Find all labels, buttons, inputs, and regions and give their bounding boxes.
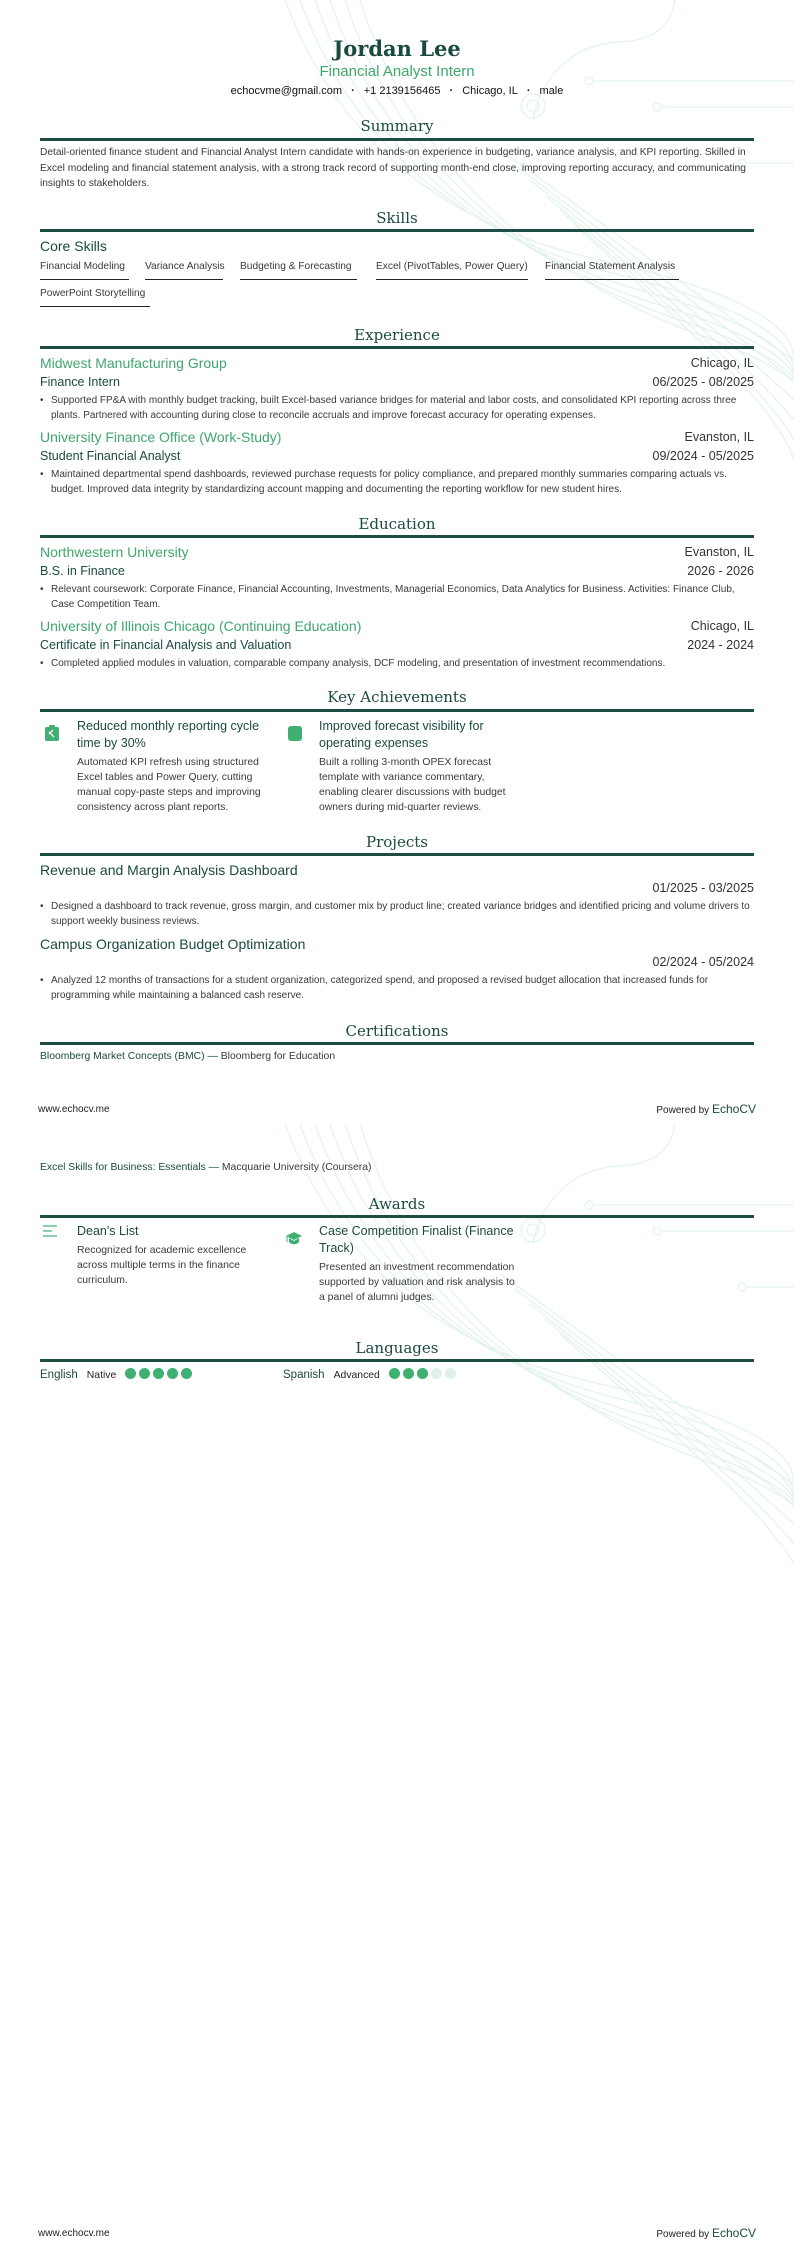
language-item: Spanish Advanced	[283, 1368, 459, 1382]
certification-item: Bloomberg Market Concepts (BMC) — Bloomb…	[40, 1051, 335, 1062]
clipboard-icon	[287, 724, 303, 742]
section-divider	[40, 535, 754, 538]
achievement-title: Improved forecast visibility for operati…	[319, 718, 519, 752]
contact-email[interactable]: echocvme@gmail.com	[231, 85, 342, 97]
brand-name: EchoCV	[712, 1102, 756, 1116]
experience-company: Midwest Manufacturing Group	[40, 355, 227, 371]
section-title-languages: Languages	[40, 1339, 754, 1357]
section-title-awards: Awards	[40, 1195, 754, 1213]
section-divider	[40, 1042, 754, 1045]
language-name: English	[40, 1369, 78, 1381]
certification-name: Bloomberg Market Concepts (BMC)	[40, 1051, 205, 1062]
separator-dot: ·	[527, 85, 531, 97]
separator: —	[209, 1162, 219, 1173]
contact-line: echocvme@gmail.com·+1 2139156465·Chicago…	[40, 85, 754, 97]
education-location: Chicago, IL	[691, 619, 754, 633]
education-school: Northwestern University	[40, 544, 189, 560]
skill-tag: Excel (PivotTables, Power Query)	[376, 261, 528, 280]
education-location: Evanston, IL	[685, 545, 755, 559]
contact-gender: male	[540, 85, 564, 97]
rating-dot-filled	[403, 1368, 414, 1379]
graduation-cap-icon	[285, 1231, 303, 1247]
skill-tag: Financial Statement Analysis	[545, 261, 679, 280]
achievement-title: Reduced monthly reporting cycle time by …	[77, 718, 277, 752]
award-desc: Presented an investment recommendation s…	[319, 1260, 519, 1305]
education-school: University of Illinois Chicago (Continui…	[40, 618, 361, 634]
powered-by-label: Powered by	[656, 1105, 709, 1116]
certification-name: Excel Skills for Business: Essentials	[40, 1162, 206, 1173]
project-name: Campus Organization Budget Optimization	[40, 936, 305, 952]
rating-dot-filled	[181, 1368, 192, 1379]
section-divider	[40, 346, 754, 349]
separator-dot: ·	[351, 85, 355, 97]
section-title-projects: Projects	[40, 833, 754, 851]
rating-dot-filled	[139, 1368, 150, 1379]
section-divider	[40, 138, 754, 141]
rating-dot-empty	[445, 1368, 456, 1379]
achievement-desc: Automated KPI refresh using structured E…	[77, 755, 277, 815]
experience-dates: 06/2025 - 08/2025	[653, 375, 754, 389]
education-degree: Certificate in Financial Analysis and Va…	[40, 638, 291, 652]
section-title-experience: Experience	[40, 326, 754, 344]
experience-bullet: Supported FP&A with monthly budget track…	[40, 393, 754, 423]
section-title-skills: Skills	[40, 209, 754, 227]
experience-bullet: Maintained departmental spend dashboards…	[40, 467, 754, 497]
education-dates: 2024 - 2024	[687, 638, 754, 652]
experience-company: University Finance Office (Work-Study)	[40, 429, 281, 445]
section-title-achievements: Key Achievements	[40, 688, 754, 706]
footer-site-link[interactable]: www.echocv.me	[38, 2228, 110, 2239]
certification-issuer: Macquarie University (Coursera)	[222, 1162, 372, 1173]
experience-location: Chicago, IL	[691, 356, 754, 370]
language-level: Native	[87, 1370, 116, 1381]
certification-issuer: Bloomberg for Education	[221, 1051, 335, 1062]
section-divider	[40, 229, 754, 232]
language-name: Spanish	[283, 1369, 325, 1381]
contact-location: Chicago, IL	[462, 85, 518, 97]
project-bullet: Designed a dashboard to track revenue, g…	[40, 899, 754, 929]
project-dates: 02/2024 - 05/2024	[653, 955, 754, 969]
section-title-education: Education	[40, 515, 754, 533]
section-divider	[40, 1359, 754, 1362]
candidate-name: Jordan Lee	[40, 36, 754, 61]
language-rating	[125, 1368, 195, 1382]
skill-tag: Financial Modeling	[40, 261, 129, 280]
footer-powered-by[interactable]: Powered by EchoCV	[656, 2226, 756, 2240]
summary-text: Detail-oriented finance student and Fina…	[40, 145, 754, 192]
experience-location: Evanston, IL	[685, 430, 755, 444]
experience-dates: 09/2024 - 05/2025	[653, 449, 754, 463]
skill-tag: Budgeting & Forecasting	[240, 261, 357, 280]
clipboard-check-icon	[44, 724, 60, 742]
powered-by-label: Powered by	[656, 2229, 709, 2240]
skill-group-title: Core Skills	[40, 238, 107, 254]
section-title-certifications: Certifications	[40, 1022, 754, 1040]
separator-dot: ·	[450, 85, 454, 97]
rating-dot-filled	[167, 1368, 178, 1379]
section-divider	[40, 1215, 754, 1218]
award-title: Case Competition Finalist (Finance Track…	[319, 1223, 519, 1257]
education-degree: B.S. in Finance	[40, 564, 125, 578]
project-bullet: Analyzed 12 months of transactions for a…	[40, 973, 754, 1003]
education-dates: 2026 - 2026	[687, 564, 754, 578]
separator: —	[207, 1051, 217, 1062]
skill-tag: PowerPoint Storytelling	[40, 288, 150, 307]
award-title: Dean's List	[77, 1223, 277, 1240]
rating-dot-empty	[431, 1368, 442, 1379]
language-level: Advanced	[334, 1370, 380, 1381]
brand-name: EchoCV	[712, 2226, 756, 2240]
footer-powered-by[interactable]: Powered by EchoCV	[656, 1102, 756, 1116]
candidate-title: Financial Analyst Intern	[40, 63, 754, 80]
experience-role: Student Financial Analyst	[40, 449, 180, 463]
section-title-summary: Summary	[40, 117, 754, 135]
project-name: Revenue and Margin Analysis Dashboard	[40, 862, 298, 878]
experience-role: Finance Intern	[40, 375, 120, 389]
section-divider	[40, 709, 754, 712]
language-item: English Native	[40, 1368, 195, 1382]
rating-dot-filled	[153, 1368, 164, 1379]
contact-phone[interactable]: +1 2139156465	[364, 85, 441, 97]
education-bullet: Relevant coursework: Corporate Finance, …	[40, 582, 754, 612]
rating-dot-filled	[125, 1368, 136, 1379]
footer-site-link[interactable]: www.echocv.me	[38, 1104, 110, 1115]
education-bullet: Completed applied modules in valuation, …	[40, 656, 754, 671]
achievement-desc: Built a rolling 3-month OPEX forecast te…	[319, 755, 519, 815]
list-icon	[43, 1225, 58, 1237]
project-dates: 01/2025 - 03/2025	[653, 881, 754, 895]
skill-tag: Variance Analysis	[145, 261, 223, 280]
award-desc: Recognized for academic excellence acros…	[77, 1243, 277, 1288]
language-rating	[389, 1368, 459, 1382]
rating-dot-filled	[389, 1368, 400, 1379]
section-divider	[40, 853, 754, 856]
certification-item: Excel Skills for Business: Essentials — …	[40, 1162, 371, 1173]
rating-dot-filled	[417, 1368, 428, 1379]
